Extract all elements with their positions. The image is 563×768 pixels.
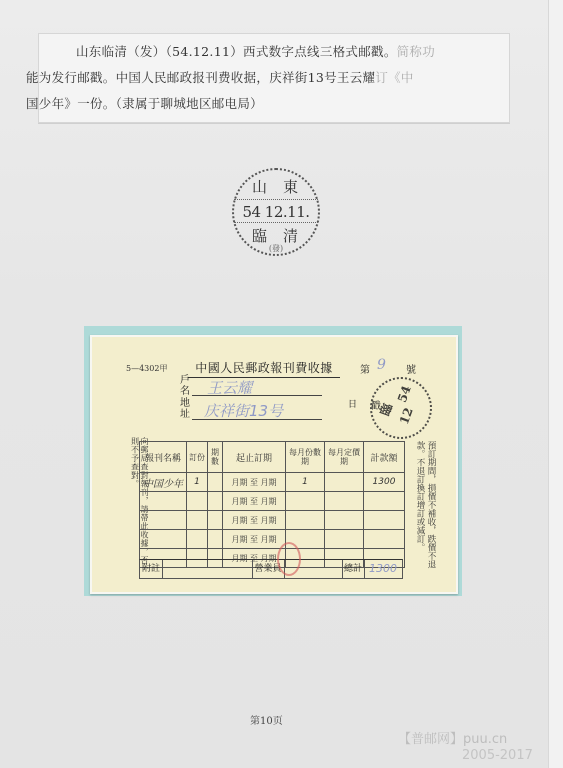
table-row: 中国少年 1 月期 至 月期 1 1300 [140,473,405,492]
caption-line1: 山东临清（发）（54.12.11）西式数字点线三格式邮戳。 [76,44,397,59]
table-header: 報刊名稱 訂份 期數 起止訂期 每月份數期 每月定價期 計款額 [140,442,405,473]
name-value: 王云耀 [207,377,252,398]
caption-line3: 国少年》一份。（隶属于聊城地区邮电局） [26,96,263,111]
number-value: 9 [377,357,386,373]
dated-stamp: 臨 54 12 [370,377,432,439]
row-name: 中国少年 [140,473,187,492]
postmark-divider [234,222,318,223]
row-monthly-issues: 1 [286,473,325,492]
caption-line1-faded: 简称功 [397,44,435,59]
caption-text: 山东临清（发）（54.12.11）西式数字点线三格式邮戳。简称功 能为发行邮戳。… [51,39,501,117]
table-row: 月期 至 月期 [140,511,405,530]
receipt-title: 中國人民郵政報刊費收據 [188,359,340,378]
watermark-years: 2005-2017 [462,748,533,763]
col-issues: 期數 [208,442,223,473]
right-note: 預訂期間，損價不補收，跌價不退款。不退訂換訂增訂或減訂。 [406,441,436,571]
col-total: 計款額 [364,442,405,473]
col-name: 報刊名稱 [140,442,187,473]
remarks-label: 附註 [140,560,163,578]
receipt-footer: 附註 營業員 總計 1300 [139,559,403,579]
postmark-sub: (發) [234,243,318,254]
sleeve-edge [548,0,563,768]
col-period: 起止訂期 [223,442,286,473]
caption-line2-faded: 订《中 [375,70,413,85]
caption-box: 山东临清（发）（54.12.11）西式数字点线三格式邮戳。简称功 能为发行邮戳。… [38,33,510,123]
remarks-field [162,560,253,578]
form-code: 5—4302甲 [126,363,167,374]
receipt: 5—4302甲 中國人民郵政報刊費收據 第 9 號 戶名 王云耀 地址 庆祥街1… [90,335,458,594]
col-copies: 訂份 [187,442,208,473]
row-total: 1300 [364,473,405,492]
total-label: 總計 [342,560,365,578]
name-label: 戶名 [180,375,192,397]
watermark: 【普邮网】puu.cn [398,728,507,747]
date-label: 日 [348,397,357,410]
number-suffix: 號 [406,361,416,376]
caption-line2: 能为发行邮戳。中国人民邮政报刊费收据，庆祥街13号王云耀 [26,70,375,85]
row-issues [208,473,223,492]
postmark-date: 54 12.11. [234,203,318,221]
total-value: 1300 [364,560,402,578]
row-price [325,473,364,492]
postmark-top: 山東 [234,176,318,197]
row-period: 月期 至 月期 [223,473,286,492]
postmark-divider [234,199,318,200]
col-monthly-issues: 每月份數期 [286,442,325,473]
receipt-table: 報刊名稱 訂份 期數 起止訂期 每月份數期 每月定價期 計款額 中国少年 1 月… [139,441,405,568]
address-value: 庆祥街13号 [204,400,283,421]
page-number: 第10页 [250,712,283,727]
red-seal [277,542,301,576]
table-row: 月期 至 月期 [140,530,405,549]
number-label: 第 [360,361,370,376]
address-label: 地址 [180,398,192,420]
row-copies: 1 [187,473,208,492]
table-row: 月期 至 月期 [140,492,405,511]
col-monthly-price: 每月定價期 [325,442,364,473]
postmark-illustration: 山東 54 12.11. 臨清 (發) [232,168,320,256]
